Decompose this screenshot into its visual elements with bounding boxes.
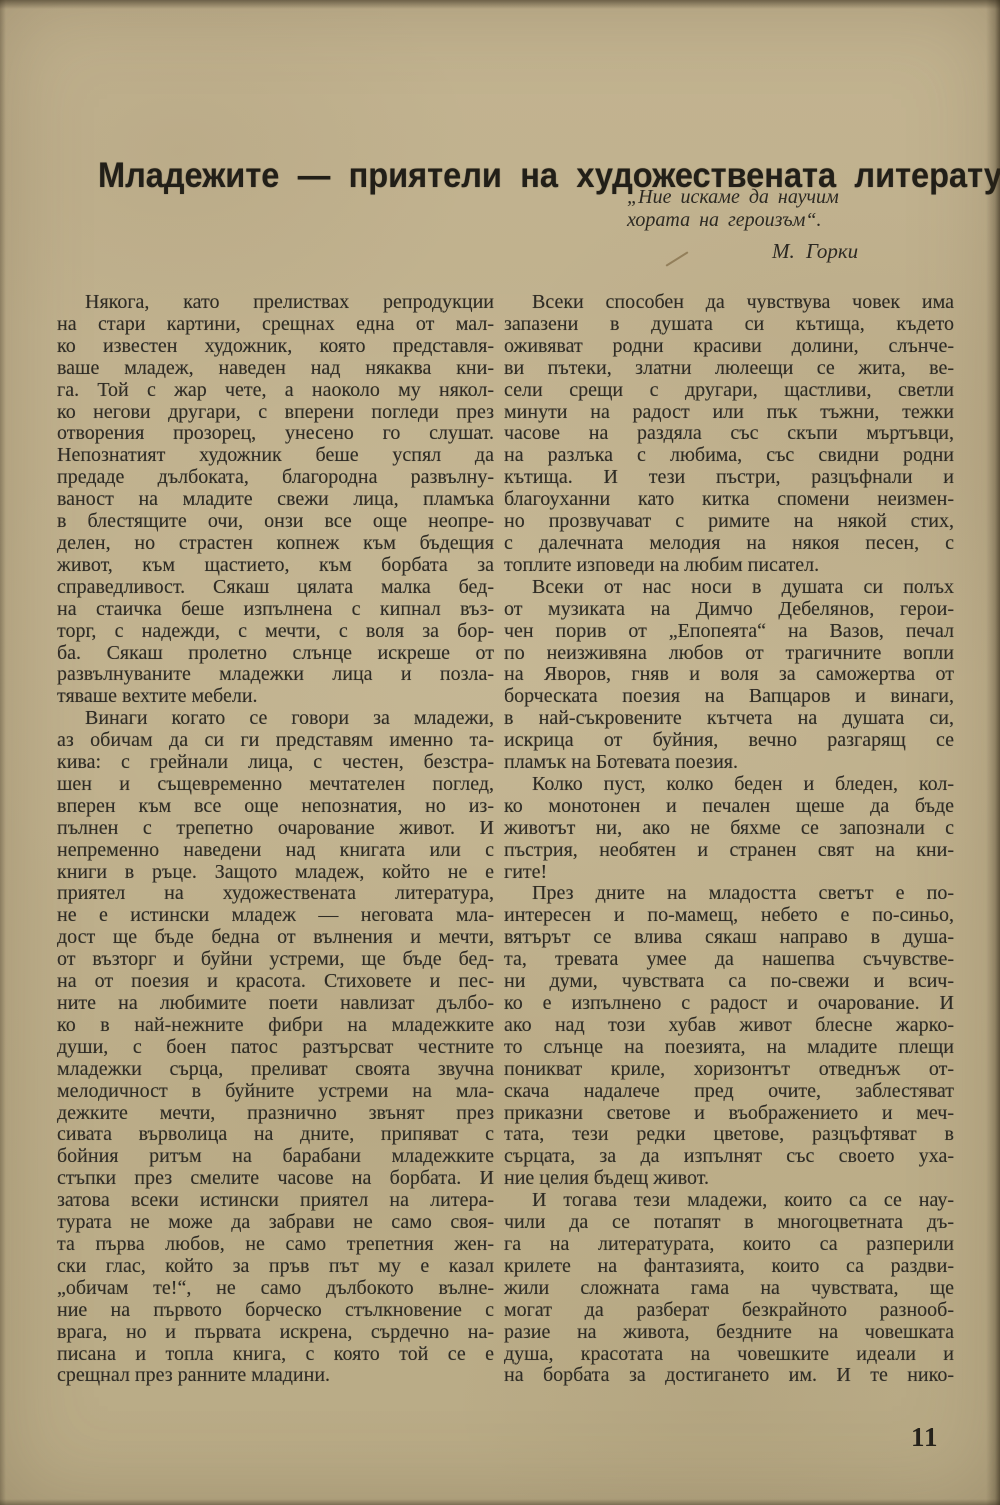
text-line: благоуханни като китка спомени неизмен- bbox=[504, 489, 954, 511]
text-line: бойния ритъм на барабани младежките bbox=[57, 1146, 494, 1168]
text-line: ко монотонен и печален щеше да бъде bbox=[504, 796, 954, 818]
paragraph: И тогава тези младежи, които са се нау-ч… bbox=[504, 1190, 954, 1387]
text-line: животът ни, ако не бяхме се запознали с bbox=[504, 818, 954, 840]
text-line: тяваше вехтите мебели. bbox=[57, 686, 494, 708]
text-line: в блестящите очи, онзи все още неопре- bbox=[57, 511, 494, 533]
text-line: на стари картини, срещнах една от мал- bbox=[57, 314, 494, 336]
page-edge-top bbox=[0, 0, 1000, 9]
text-line: тата, тези редки цветове, разцъфтяват в bbox=[504, 1124, 954, 1146]
text-line: но прозвучават с римите на някой стих, bbox=[504, 511, 954, 533]
paragraph: През дните на младостта светът е по-инте… bbox=[504, 883, 954, 1190]
text-line: делен, но страстен копнеж към бъдещия bbox=[57, 533, 494, 555]
text-line: Непознатият художник беше успял да bbox=[57, 445, 494, 467]
text-line: га. Той с жар чете, а наоколо му някол- bbox=[57, 380, 494, 402]
paragraph: Всеки способен да чувствува човек имазап… bbox=[504, 292, 954, 577]
text-line: Винаги когато се говори за младежи, bbox=[57, 708, 494, 730]
text-line: пълнен с трепетно очарование живот. И bbox=[57, 818, 494, 840]
text-line: врага, но и първата искрена, сърдечно на… bbox=[57, 1322, 494, 1344]
text-line: Колко пуст, колко беден и бледен, кол- bbox=[504, 774, 954, 796]
text-line: интересен и по-мамещ, небето е по-синьо, bbox=[504, 905, 954, 927]
text-line: могат да разберат безкрайното разнооб- bbox=[504, 1300, 954, 1322]
text-line: ви пътеки, златни люлеещи се жита, ве- bbox=[504, 358, 954, 380]
text-column-left: Някога, като прелиствах репродукциина ст… bbox=[57, 292, 494, 1387]
text-line: През дните на младостта светът е по- bbox=[504, 883, 954, 905]
text-line: затова всеки истински приятел на литера- bbox=[57, 1190, 494, 1212]
text-line: вперен към все още непознатия, но из- bbox=[57, 796, 494, 818]
text-line: на от поезия и красота. Стиховете и пес- bbox=[57, 971, 494, 993]
text-line: торг, с надежди, с мечти, с воля за бор- bbox=[57, 621, 494, 643]
text-line: ба. Сякаш пролетно слънце искреше от bbox=[57, 643, 494, 665]
text-line: в най-съкровените кътчета на душата си, bbox=[504, 708, 954, 730]
text-line: поникват криле, хоризонтът отведнъж от- bbox=[504, 1059, 954, 1081]
text-line: чили да се потапят в многоцветната дъ- bbox=[504, 1212, 954, 1234]
text-line: Всеки способен да чувствува човек има bbox=[504, 292, 954, 314]
text-line: то слънце на поезията, на младите плещи bbox=[504, 1037, 954, 1059]
text-line: турата не може да забрави не само своя- bbox=[57, 1212, 494, 1234]
text-line: разие на живота, бездните на човешката bbox=[504, 1322, 954, 1344]
text-line: сели срещи с другари, щастливи, светли bbox=[504, 380, 954, 402]
text-line: развълнуваните младежки лица и позла- bbox=[57, 664, 494, 686]
text-line: Някога, като прелиствах репродукции bbox=[57, 292, 494, 314]
paragraph: Винаги когато се говори за младежи,аз об… bbox=[57, 708, 494, 1387]
text-column-right: Всеки способен да чувствува човек имазап… bbox=[504, 292, 954, 1387]
text-line: запазени в душата си кътища, където bbox=[504, 314, 954, 336]
text-line: И тогава тези младежи, които са се нау- bbox=[504, 1190, 954, 1212]
text-line: приказни светове и въображението и меч- bbox=[504, 1103, 954, 1125]
text-line: сърцата, за да изпълнят със своето уха- bbox=[504, 1146, 954, 1168]
epigraph-line: хората на героизъм“. bbox=[627, 209, 897, 232]
text-line: на разлъка с любима, със свидни родни bbox=[504, 445, 954, 467]
text-line: топлите изповеди на любим писател. bbox=[504, 555, 954, 577]
text-line: ко негови другари, с вперени погледи пре… bbox=[57, 402, 494, 424]
text-line: ски глас, който за пръв път му е казал bbox=[57, 1256, 494, 1278]
scanned-page: Младежите — приятели на художествената л… bbox=[0, 0, 1000, 1505]
text-line: от възторг и буйни устреми, ще бъде бед- bbox=[57, 949, 494, 971]
text-line: „обичам те!“, не само дълбокото вълне- bbox=[57, 1278, 494, 1300]
text-line: гите! bbox=[504, 862, 954, 884]
text-line: ние целия бъдещ живот. bbox=[504, 1168, 954, 1190]
text-line: ако над този хубав живот блесне жарко- bbox=[504, 1015, 954, 1037]
text-line: от музиката на Димчо Дебелянов, герои- bbox=[504, 599, 954, 621]
pencil-mark bbox=[665, 251, 688, 266]
text-line: та първа любов, не само трепетния жен- bbox=[57, 1234, 494, 1256]
text-line: борческата поезия на Вапцаров и винаги, bbox=[504, 686, 954, 708]
text-line: ко в най-нежните фибри на младежките bbox=[57, 1015, 494, 1037]
text-line: стъпки през смелите часове на борбата. И bbox=[57, 1168, 494, 1190]
text-line: мелодичност в буйните устреми на мла- bbox=[57, 1081, 494, 1103]
text-line: вятърът се влива сякаш направо в душа- bbox=[504, 927, 954, 949]
paragraph: Някога, като прелиствах репродукциина ст… bbox=[57, 292, 494, 708]
text-line: душа, красотата на човешките идеали и bbox=[504, 1344, 954, 1366]
text-line: ко е изпълнено с радост и очарование. И bbox=[504, 993, 954, 1015]
text-line: ни думи, чувствата са по-свежи и всич- bbox=[504, 971, 954, 993]
text-line: непременно наведени над книгата или с bbox=[57, 840, 494, 862]
epigraph-line: „Ние искаме да научим bbox=[627, 186, 897, 209]
text-line: шен и същевременно мечтателен поглед, bbox=[57, 774, 494, 796]
text-line: минути на радост или пък тъжни, тежки bbox=[504, 402, 954, 424]
text-line: не е истински младеж — неговата мла- bbox=[57, 905, 494, 927]
text-line: на стаичка беше изпълнена с кипнал въз- bbox=[57, 599, 494, 621]
text-line: ните на любимите поети навлизат дълбо- bbox=[57, 993, 494, 1015]
text-line: срещнал през ранните младини. bbox=[57, 1365, 494, 1387]
text-line: Всеки от нас носи в душата си полъх bbox=[504, 577, 954, 599]
text-line: га на литературата, които са разперили bbox=[504, 1234, 954, 1256]
text-line: кива: с грейнали лица, с честен, безстра… bbox=[57, 752, 494, 774]
epigraph: „Ние искаме да научим хората на героизъм… bbox=[627, 186, 897, 232]
page-edge-right bbox=[986, 0, 1000, 1505]
page-edge-bottom bbox=[0, 1499, 1000, 1505]
text-line: младежки сърца, преливат своята звучна bbox=[57, 1059, 494, 1081]
text-line: отворения прозорец, унесено го слушат. bbox=[57, 423, 494, 445]
text-line: книги в ръце. Защото младеж, който не е bbox=[57, 862, 494, 884]
epigraph-attribution: М. Горки bbox=[772, 239, 858, 264]
text-line: скача надалече пред очите, заблестяват bbox=[504, 1081, 954, 1103]
text-line: пъстрия, необятен и странен свят на кни- bbox=[504, 840, 954, 862]
text-line: часове на раздяла със скъпи мъртъвци, bbox=[504, 423, 954, 445]
text-line: та, тревата умее да нашепва съчувстве- bbox=[504, 949, 954, 971]
paragraph: Всеки от нас носи в душата си полъхот му… bbox=[504, 577, 954, 774]
text-line: на борбата за достигането им. И те нико- bbox=[504, 1365, 954, 1387]
paragraph: Колко пуст, колко беден и бледен, кол-ко… bbox=[504, 774, 954, 884]
page-number: 11 bbox=[911, 1422, 939, 1453]
text-line: крилете на фантазията, които са раздви- bbox=[504, 1256, 954, 1278]
text-line: ко известен художник, която представля- bbox=[57, 336, 494, 358]
text-line: приятел на художествената литература, bbox=[57, 883, 494, 905]
text-line: писана и топла книга, с която той се е bbox=[57, 1344, 494, 1366]
text-line: ваност на младите свежи лица, пламъка bbox=[57, 489, 494, 511]
text-line: чен порив от „Епопеята“ на Вазов, печал bbox=[504, 621, 954, 643]
text-line: живот, към щастието, към борбата за bbox=[57, 555, 494, 577]
text-line: сивата върволица на дните, припяват с bbox=[57, 1124, 494, 1146]
page-edge-left bbox=[0, 0, 6, 1505]
text-line: с далечната мелодия на някоя песен, с bbox=[504, 533, 954, 555]
text-line: ние на първото борческо стълкновение с bbox=[57, 1300, 494, 1322]
text-line: искрица от буйния, вечно разгарящ се bbox=[504, 730, 954, 752]
text-line: предаде дълбоката, благородна развълну- bbox=[57, 467, 494, 489]
text-line: дост ще бъде бедна от вълнения и мечти, bbox=[57, 927, 494, 949]
text-line: кътища. И тези пъстри, разцъфнали и bbox=[504, 467, 954, 489]
text-line: аз обичам да си ги представям именно та- bbox=[57, 730, 494, 752]
text-line: справедливост. Сякаш цялата малка бед- bbox=[57, 577, 494, 599]
text-line: пламък на Ботевата поезия. bbox=[504, 752, 954, 774]
text-line: на Яворов, гняв и воля за саможертва от bbox=[504, 664, 954, 686]
text-line: души, с боен патос разтърсват честните bbox=[57, 1037, 494, 1059]
text-line: дежките мечти, празнично звънят през bbox=[57, 1103, 494, 1125]
text-line: жили сложната гама на чувствата, ще bbox=[504, 1278, 954, 1300]
text-line: оживяват родни красиви долини, слънче- bbox=[504, 336, 954, 358]
text-line: по неизживяна любов от трагичните вопли bbox=[504, 643, 954, 665]
text-line: ваше младеж, наведен над някаква кни- bbox=[57, 358, 494, 380]
